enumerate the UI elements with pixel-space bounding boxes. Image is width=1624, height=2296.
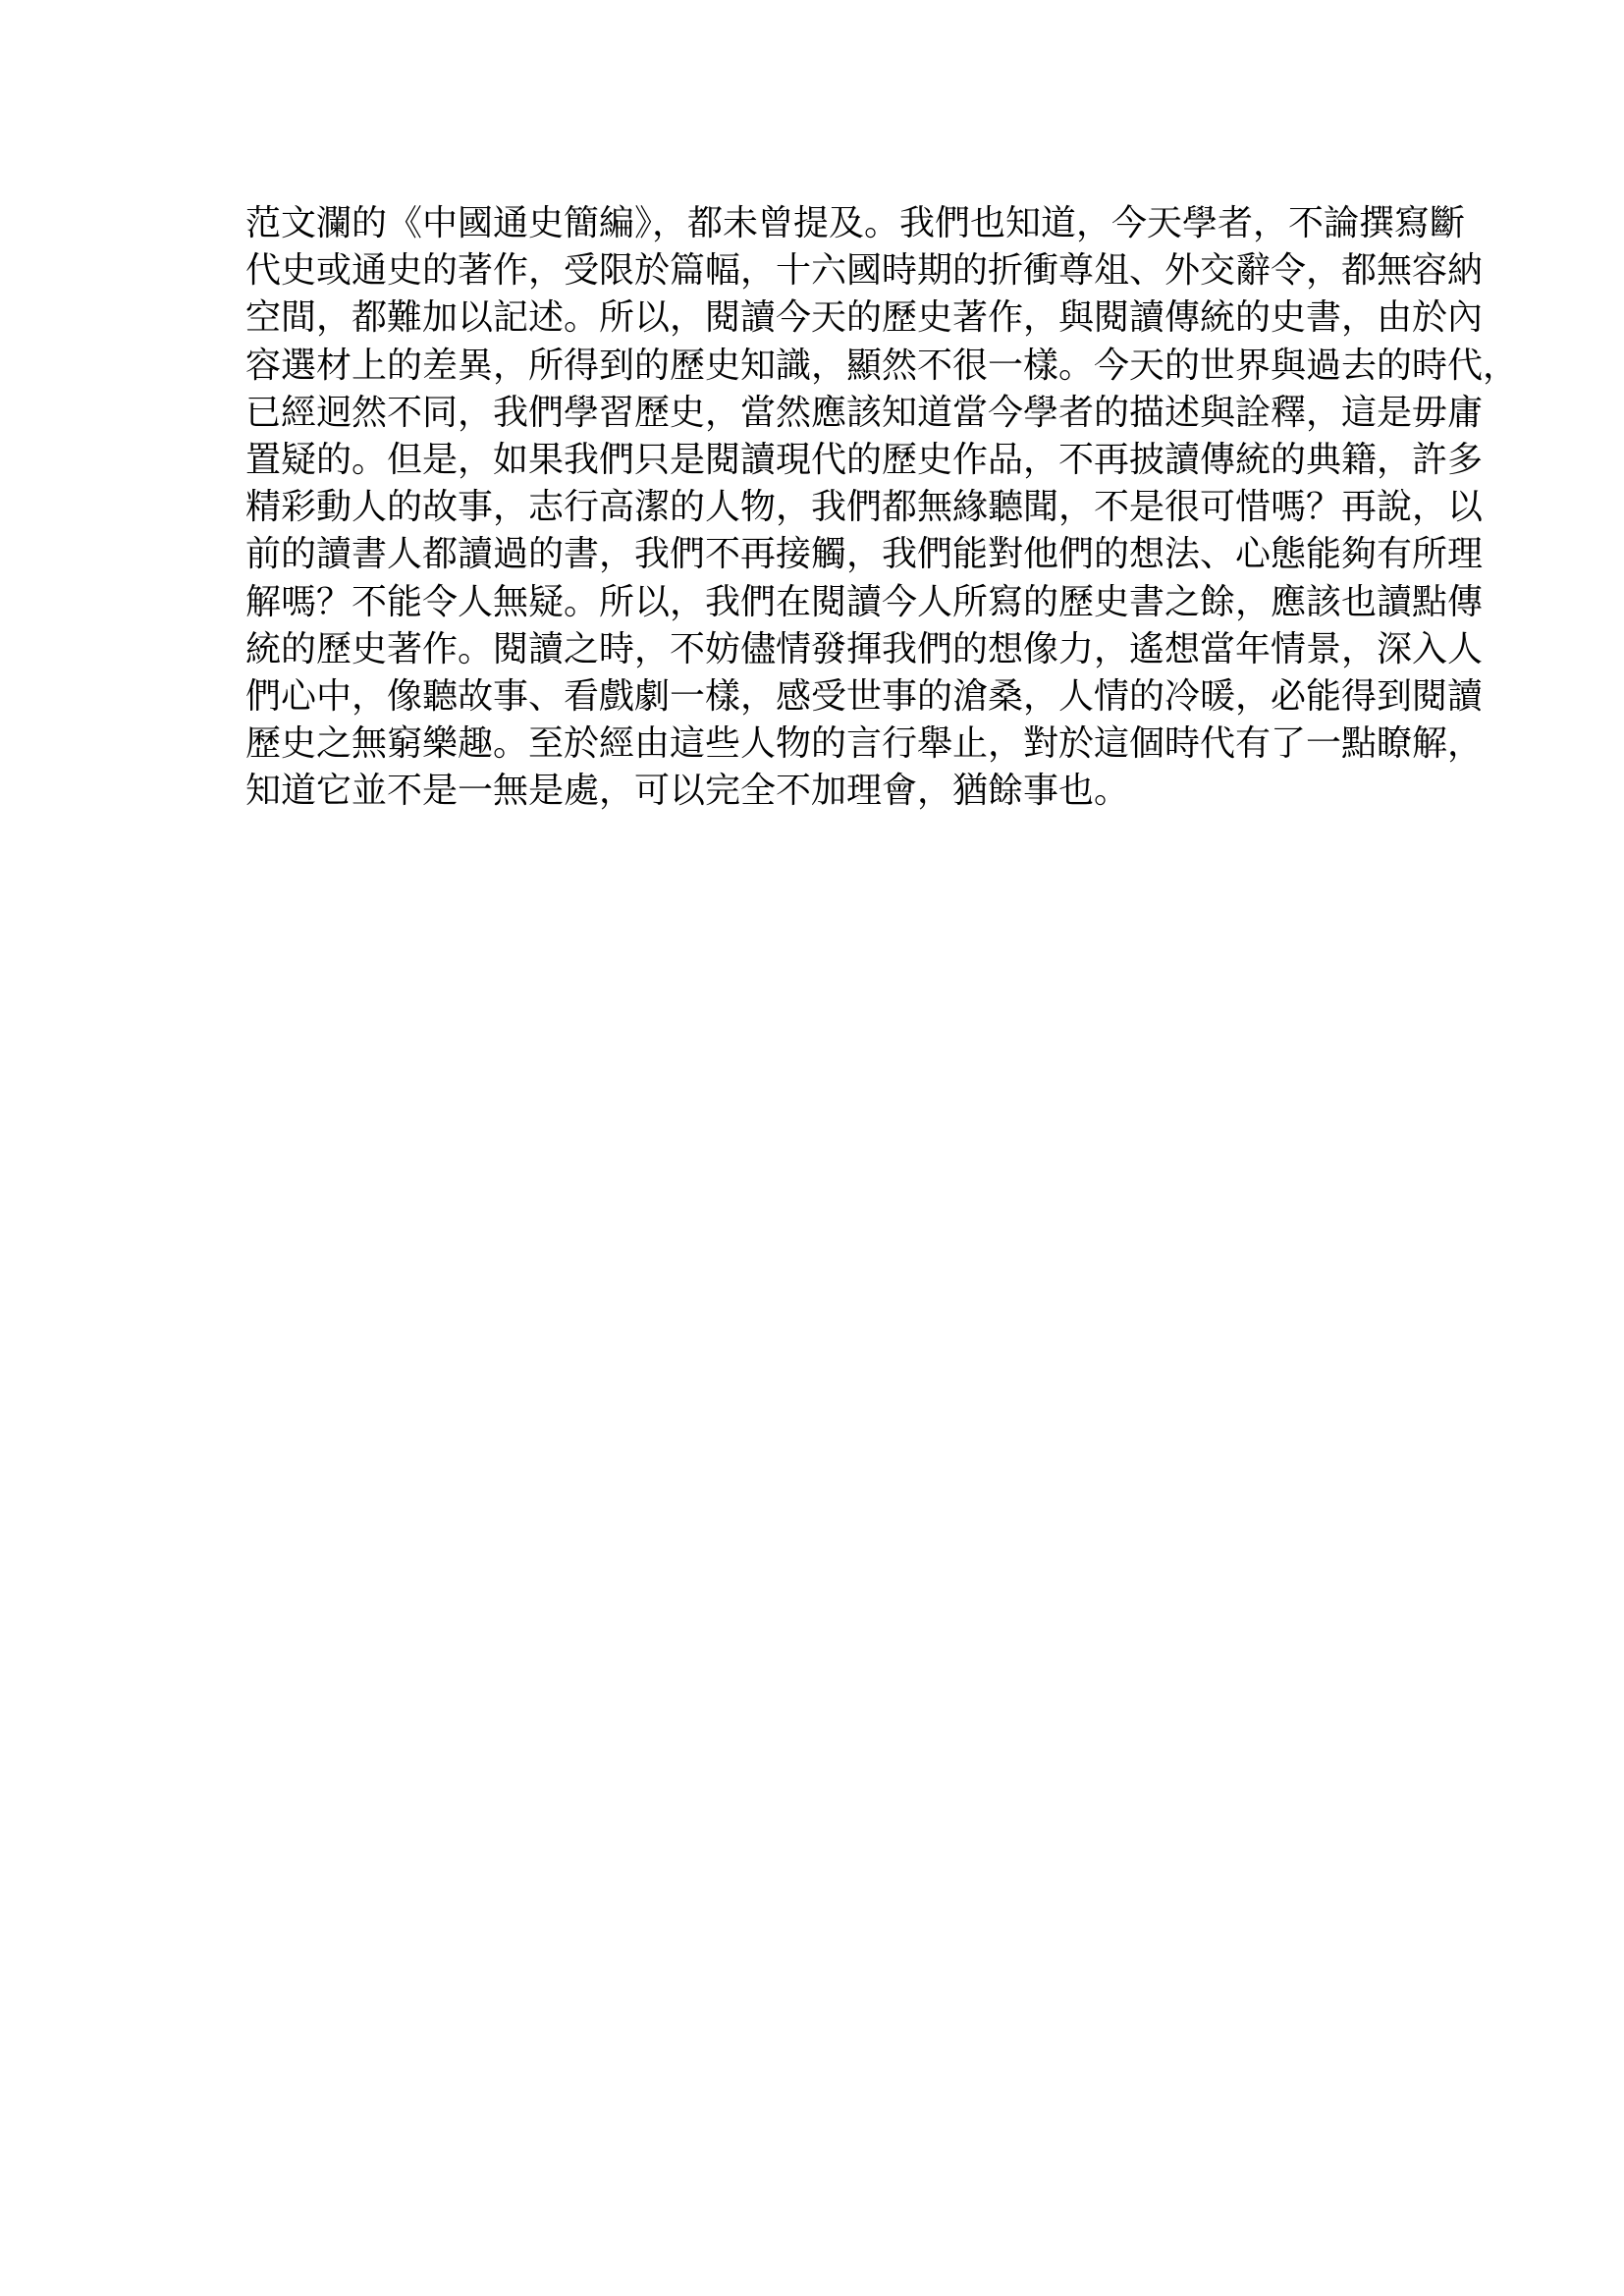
text-line: 知道它並不是一無是處，可以完全不加理會，猶餘事也。 <box>245 768 1384 815</box>
text-line: 空間，都難加以記述。所以，閱讀今天的歷史著作，與閱讀傳統的史書，由於內 <box>245 294 1384 342</box>
text-line: 前的讀書人都讀過的書，我們不再接觸，我們能對他們的想法、心態能夠有所理 <box>245 531 1384 578</box>
text-line: 代史或通史的著作，受限於篇幅，十六國時期的折衝尊俎、外交辭令，都無容納 <box>245 247 1384 294</box>
text-line: 解嗎？不能令人無疑。所以，我們在閱讀今人所寫的歷史書之餘，應該也讀點傳 <box>245 579 1384 626</box>
body-paragraph: 范文瀾的《中國通史簡編》，都未曾提及。我們也知道，今天學者，不論撰寫斷 代史或通… <box>245 200 1384 815</box>
text-line: 置疑的。但是，如果我們只是閱讀現代的歷史作品，不再披讀傳統的典籍，許多 <box>245 437 1384 484</box>
text-line: 已經迥然不同，我們學習歷史，當然應該知道當今學者的描述與詮釋，這是毋庸 <box>245 390 1384 437</box>
text-line: 歷史之無窮樂趣。至於經由這些人物的言行舉止，對於這個時代有了一點瞭解， <box>245 721 1384 768</box>
text-line: 容選材上的差異，所得到的歷史知識，顯然不很一樣。今天的世界與過去的時代， <box>245 343 1384 390</box>
text-line: 范文瀾的《中國通史簡編》，都未曾提及。我們也知道，今天學者，不論撰寫斷 <box>245 200 1384 247</box>
document-page: 范文瀾的《中國通史簡編》，都未曾提及。我們也知道，今天學者，不論撰寫斷 代史或通… <box>0 0 1624 2296</box>
text-line: 精彩動人的故事，志行高潔的人物，我們都無緣聽聞，不是很可惜嗎？再說，以 <box>245 484 1384 531</box>
text-line: 們心中，像聽故事、看戲劇一樣，感受世事的滄桑，人情的冷暖，必能得到閱讀 <box>245 673 1384 721</box>
text-line: 統的歷史著作。閱讀之時，不妨儘情發揮我們的想像力，遙想當年情景，深入人 <box>245 626 1384 673</box>
